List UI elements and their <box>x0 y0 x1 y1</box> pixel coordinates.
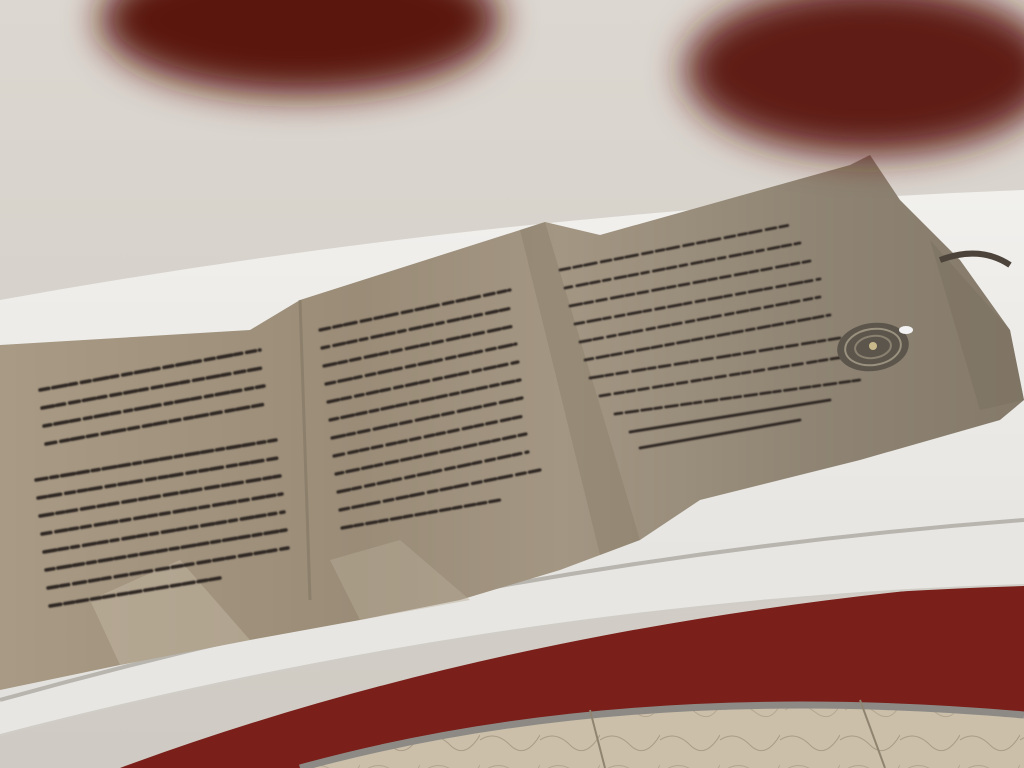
photo-scene <box>0 0 1024 768</box>
